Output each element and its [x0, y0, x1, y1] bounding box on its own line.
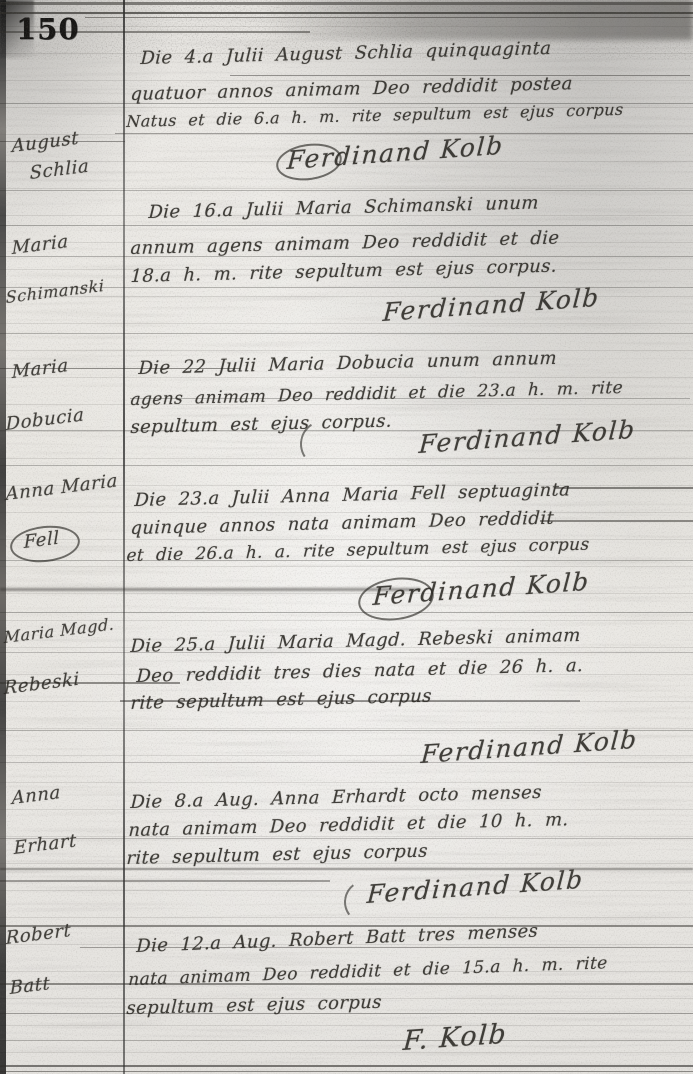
- priest-signature: F. Kolb: [402, 1018, 508, 1057]
- entry-text-line: Die 23.a Julii Anna Maria Fell septuagin…: [134, 479, 571, 511]
- scan-streak: [0, 588, 420, 591]
- entry-text-line: nata animam Deo reddidit et die 10 h. m.: [128, 809, 569, 841]
- ruled-line: [0, 190, 693, 191]
- priest-signature: Ferdinand Kolb: [420, 725, 639, 769]
- entry-text-line: et die 26.a h. a. rite sepultum est ejus…: [126, 535, 590, 566]
- ruled-line: [0, 838, 693, 839]
- entry-text-line: nata animam Deo reddidit et die 15.a h. …: [128, 953, 608, 990]
- margin-name: Maria Magd.: [4, 614, 115, 647]
- margin-name: Fell: [24, 527, 60, 553]
- ruled-line: [0, 1065, 693, 1067]
- entry-text-line: annum agens animam Deo reddidit et die: [130, 227, 560, 259]
- scan-smudge-top-right: [265, 0, 693, 40]
- ruled-line: [0, 983, 693, 985]
- entry-text-line: Die 16.a Julii Maria Schimanski unum: [148, 192, 539, 223]
- priest-signature: Ferdinand Kolb: [382, 283, 601, 327]
- margin-name: Batt: [10, 973, 51, 999]
- margin-name: Dobucia: [6, 404, 85, 435]
- entry-text-line: Die 12.a Aug. Robert Batt tres menses: [136, 921, 539, 957]
- margin-column-rule: [123, 0, 125, 1074]
- ruled-line: [0, 465, 693, 466]
- margin-name: Maria: [12, 355, 69, 383]
- page-number: 150: [16, 12, 80, 46]
- ruled-line: [0, 1040, 693, 1041]
- margin-name: August: [12, 128, 80, 157]
- entry-text-line: quatuor annos animam Deo reddidit postea: [130, 73, 573, 105]
- ruled-line: [540, 520, 693, 522]
- entry-text-line: sepultum est ejus corpus: [126, 992, 382, 1019]
- entry-text-line: Die 22 Julii Maria Dobucia unum annum: [138, 348, 557, 379]
- margin-name: Schimanski: [6, 276, 105, 307]
- ruled-line: [0, 652, 693, 653]
- entry-text-line: Deo reddidit tres dies nata et die 26 h.…: [136, 655, 584, 687]
- ruled-line: [0, 612, 693, 613]
- ruled-line: [85, 17, 693, 18]
- ruled-line: [0, 12, 693, 14]
- entry-text-line: rite sepultum est ejus corpus: [130, 686, 432, 714]
- margin-name: Anna Maria: [6, 470, 118, 505]
- priest-signature: Ferdinand Kolb: [286, 131, 505, 175]
- entry-text-line: 18.a h. m. rite sepultum est ejus corpus…: [130, 256, 557, 287]
- register-page-scan: 150 August Schlia Die 4.a Julii August S…: [0, 0, 693, 1074]
- entry-text-line: Die 8.a Aug. Anna Erhardt octo menses: [130, 782, 542, 813]
- entry-text-line: Die 25.a Julii Maria Magd. Rebeski anima…: [130, 625, 581, 657]
- margin-name: Maria: [12, 231, 69, 259]
- entry-text-line: Natus et die 6.a h. m. rite sepultum est…: [126, 100, 624, 131]
- margin-name: Erhart: [14, 830, 77, 859]
- margin-name: Robert: [6, 920, 72, 949]
- ruled-line: [0, 1071, 693, 1072]
- entry-text-line: rite sepultum est ejus corpus: [126, 841, 428, 869]
- ruled-line: [0, 880, 330, 882]
- priest-signature: Ferdinand Kolb: [418, 415, 637, 459]
- scan-streak: [0, 868, 693, 870]
- entry-text-line: Die 4.a Julii August Schlia quinquaginta: [140, 38, 552, 69]
- scan-edge-left: [0, 0, 6, 1074]
- priest-signature: Ferdinand Kolb: [372, 567, 591, 611]
- margin-name: Rebeski: [4, 669, 80, 699]
- entry-text-line: agens animam Deo reddidit et die 23.a h.…: [130, 378, 623, 410]
- ruled-line: [555, 487, 693, 489]
- margin-name: Anna: [12, 782, 61, 809]
- ruled-line: [0, 333, 693, 334]
- ruled-line: [0, 762, 693, 763]
- priest-signature: Ferdinand Kolb: [366, 865, 585, 909]
- ruled-line: [115, 133, 693, 134]
- entry-text-line: quinque annos nata animam Deo reddidit: [130, 508, 555, 539]
- ruled-line: [0, 2, 693, 5]
- margin-name: Schlia: [30, 156, 90, 184]
- ruled-line: [0, 925, 693, 927]
- entry-text-line: sepultum est ejus corpus.: [130, 411, 392, 438]
- ruled-line: [0, 256, 693, 257]
- ruled-line: [0, 225, 693, 226]
